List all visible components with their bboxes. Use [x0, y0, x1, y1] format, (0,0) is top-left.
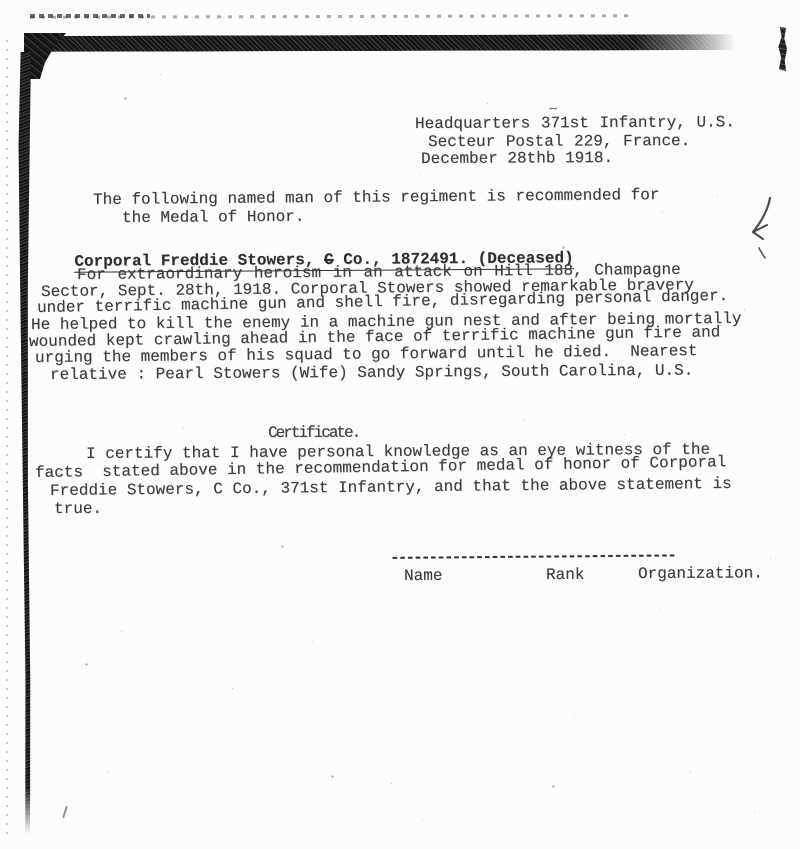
intro-line-2: the Medal of Honor. — [122, 209, 305, 226]
certificate-line: true. — [54, 501, 102, 517]
scan-artifact-top-edge-band — [28, 34, 735, 52]
scanned-document-page: ~ Headquarters 371st Infantry, U.S. Sect… — [0, 0, 800, 849]
signature-name-label: Name — [404, 568, 442, 584]
intro-line-1: The following named man of this regiment… — [93, 187, 660, 208]
letterhead-line-unit: Headquarters 371st Infantry, U.S. — [415, 114, 735, 132]
scan-artifact-slash-mark — [62, 806, 67, 818]
signature-dashed-rule: ------------------------------------- — [390, 548, 675, 566]
scan-noise-speckles — [0, 0, 1, 1]
letterhead-line-date: December 28thb 1918. — [421, 150, 613, 167]
letterhead-line-location: Secteur Postal 229, France. — [428, 133, 690, 150]
scan-artifact-top-dotted-line-head — [30, 14, 150, 18]
handwritten-arrow-mark — [744, 192, 792, 262]
scan-artifact-top-right-scribble — [778, 27, 787, 71]
scan-artifact-left-edge-band — [15, 52, 36, 834]
signature-organization-label: Organization. — [638, 565, 763, 582]
citation-line: relative : Pearl Stowers (Wife) Sandy Sp… — [50, 363, 693, 383]
certificate-title: Certificate. — [268, 425, 359, 441]
scan-artifact-left-dotted-line — [6, 40, 8, 840]
signature-rank-label: Rank — [546, 567, 584, 583]
